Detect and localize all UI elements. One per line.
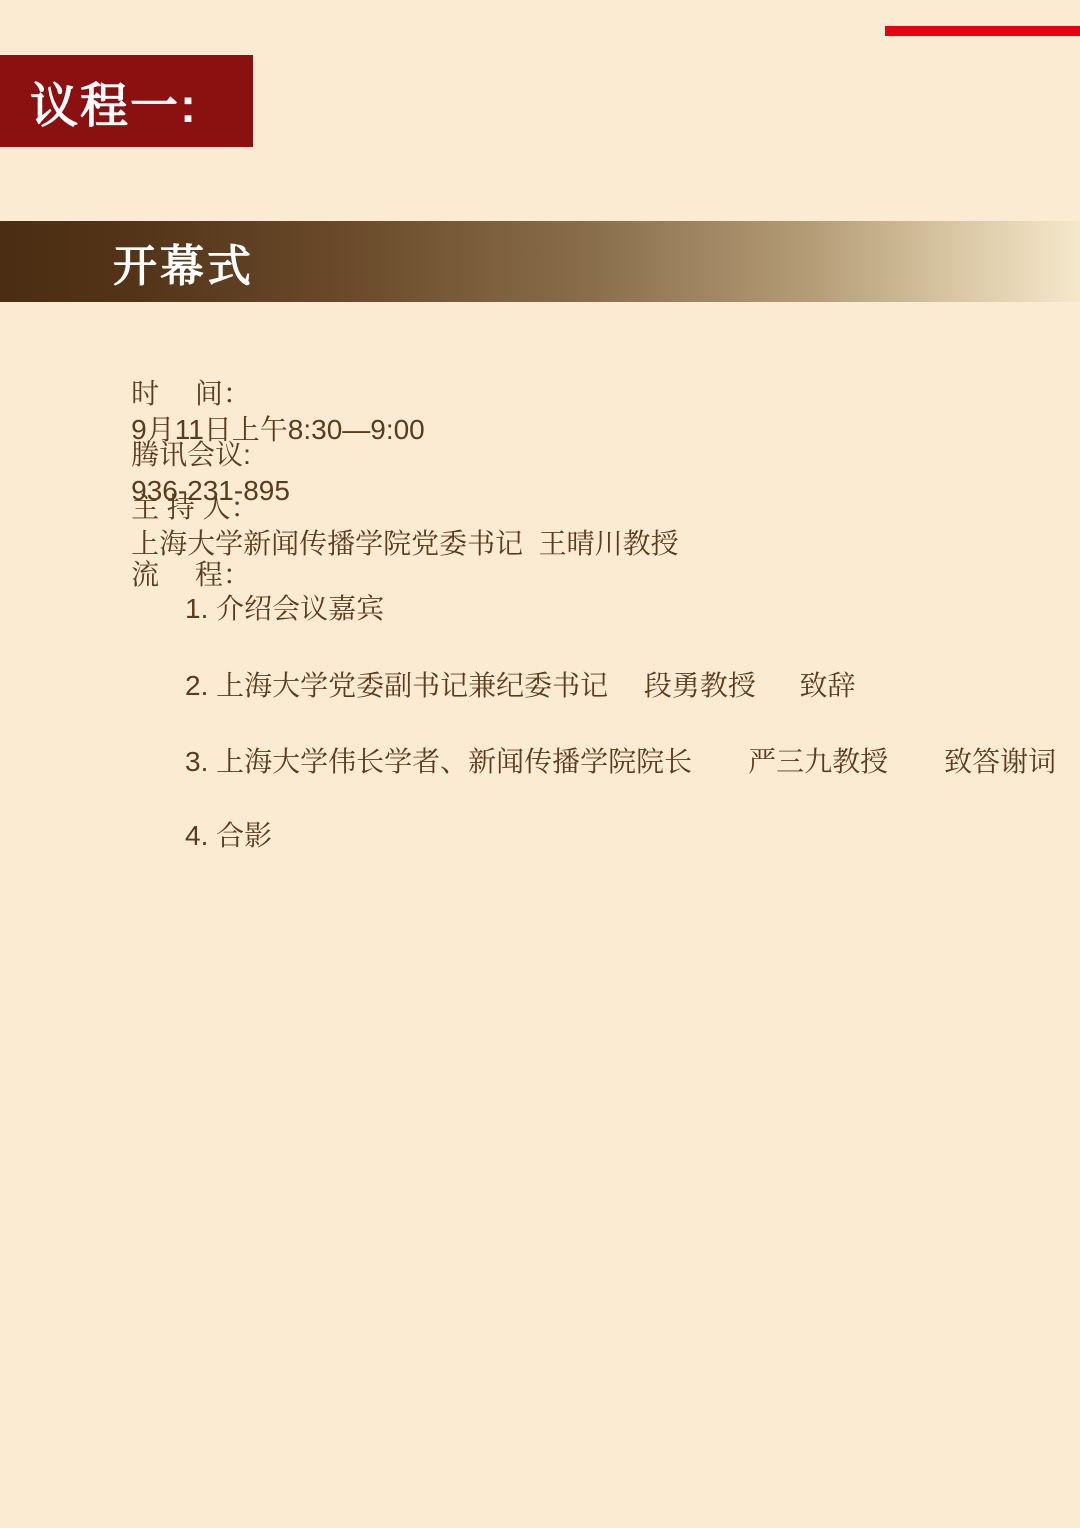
agenda-page: 议程一: 开幕式 时 间： 9月11日上午8:30—9:00 腾讯会议: 936… (0, 0, 1080, 1528)
top-accent-line (885, 26, 1080, 36)
section-banner: 开幕式 (0, 221, 1080, 302)
section-title: 开幕式 (113, 230, 254, 294)
program-item-3: 3. 上海大学伟长学者、新闻传播学院院长 严三九教授 致答谢词 (185, 744, 1056, 780)
program-item-1: 1. 介绍会议嘉宾 (185, 591, 384, 627)
procedure-label: 流 程： (131, 557, 253, 593)
program-item-2: 2. 上海大学党委副书记兼纪委书记 段勇教授 致辞 (185, 668, 855, 704)
program-item-4: 4. 合影 (185, 818, 272, 854)
agenda-number-tag: 议程一: (0, 55, 253, 147)
